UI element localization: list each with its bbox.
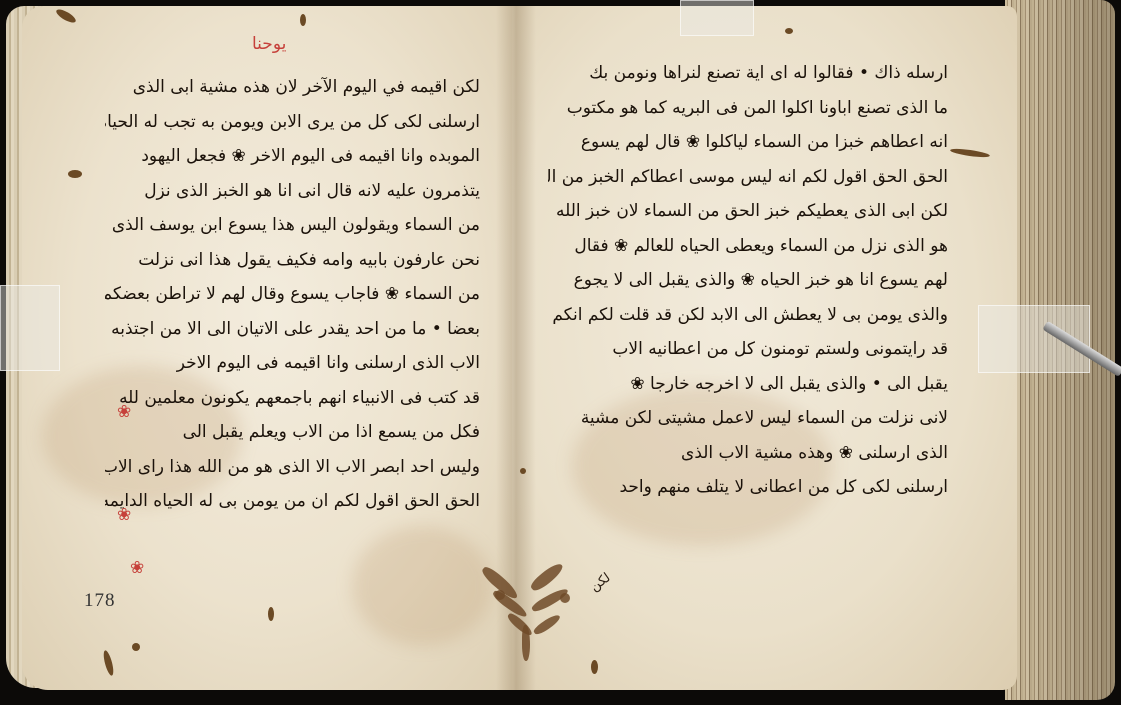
text-line: الاب الذى ارسلنى وانا اقيمه فى اليوم الا… (105, 346, 480, 381)
worm-hole (591, 660, 598, 674)
worm-hole (68, 170, 82, 178)
text-line: قد رايتمونى ولستم تومنون كل من اعطانيه ا… (548, 332, 948, 367)
gutter-ink-ornament (470, 565, 590, 665)
text-line: من السماء ويقولون اليس هذا يسوع ابن يوسف… (105, 208, 480, 243)
repair-tab (0, 285, 60, 371)
text-line: ارسلنى لكى كل من اعطانى لا يتلف منهم واح… (548, 470, 948, 505)
worm-hole (300, 14, 306, 26)
text-line: نحن عارفون بابيه وامه فكيف يقول هذا انى … (105, 243, 480, 278)
text-line: من السماء ❀ فاجاب يسوع وقال لهم لا تراطن… (105, 277, 480, 312)
text-line: وليس احد ابصر الاب الا الذى هو من الله ه… (105, 450, 480, 485)
chapter-header: يوحنا (252, 34, 286, 54)
text-line: لكن اقيمه في اليوم الآخر لان هذه مشية اب… (105, 70, 480, 105)
text-line: قد كتب فى الانبياء انهم باجمعهم يكونون م… (105, 381, 480, 416)
repair-tab (680, 0, 754, 36)
text-line: لكن ابى الذى يعطيكم خبز الحق من السماء ل… (548, 194, 948, 229)
text-line: الحق الحق اقول لكم انه ليس موسى اعطاكم ا… (548, 160, 948, 195)
text-line: يتذمرون عليه لانه قال انى انا هو الخبز ا… (105, 174, 480, 209)
worm-hole (520, 468, 526, 474)
left-page-text: لكن اقيمه في اليوم الآخر لان هذه مشية اب… (105, 70, 480, 519)
worm-hole (785, 28, 793, 34)
text-line: ارسلنى لكى كل من يرى الابن ويومن به تجب … (105, 105, 480, 140)
text-line: بعضا • ما من احد يقدر على الاتيان الى ال… (105, 312, 480, 347)
verse-marker: ❀ (117, 402, 131, 422)
text-line: انه اعطاهم خبزا من السماء لياكلوا ❀ قال … (548, 125, 948, 160)
text-line: لهم يسوع انا هو خبز الحياه ❀ والذى يقبل … (548, 263, 948, 298)
text-line: ما الذى تصنع اباونا اكلوا المن فى البريه… (548, 91, 948, 126)
worm-hole (132, 643, 140, 651)
worm-hole (268, 607, 274, 621)
verse-marker: ❀ (117, 505, 131, 525)
text-line: ارسله ذاك • فقالوا له اى اية تصنع لنراها… (548, 56, 948, 91)
text-line: الذى ارسلنى ❀ وهذه مشية الاب الذى (548, 436, 948, 471)
text-line: الموبده وانا اقيمه فى اليوم الاخر ❀ فجعل… (105, 139, 480, 174)
text-line: هو الذى نزل من السماء ويعطى الحياه للعال… (548, 229, 948, 264)
verse-marker: ❀ (130, 558, 144, 578)
folio-number: 178 (84, 590, 116, 612)
right-page-text: ارسله ذاك • فقالوا له اى اية تصنع لنراها… (548, 56, 948, 505)
manuscript-photo: يوحنا لكن اقيمه في اليوم الآخر لان هذه م… (0, 0, 1121, 705)
text-line: والذى يومن بى لا يعطش الى الابد لكن قد ق… (548, 298, 948, 333)
text-line: فكل من يسمع اذا من الاب ويعلم يقبل الى (105, 415, 480, 450)
text-line: لانى نزلت من السماء ليس لاعمل مشيتى لكن … (548, 401, 948, 436)
text-line: الحق الحق اقول لكم ان من يومن بى له الحي… (105, 484, 480, 519)
text-line: يقبل الى • والذى يقبل الى لا اخرجه خارجا… (548, 367, 948, 402)
